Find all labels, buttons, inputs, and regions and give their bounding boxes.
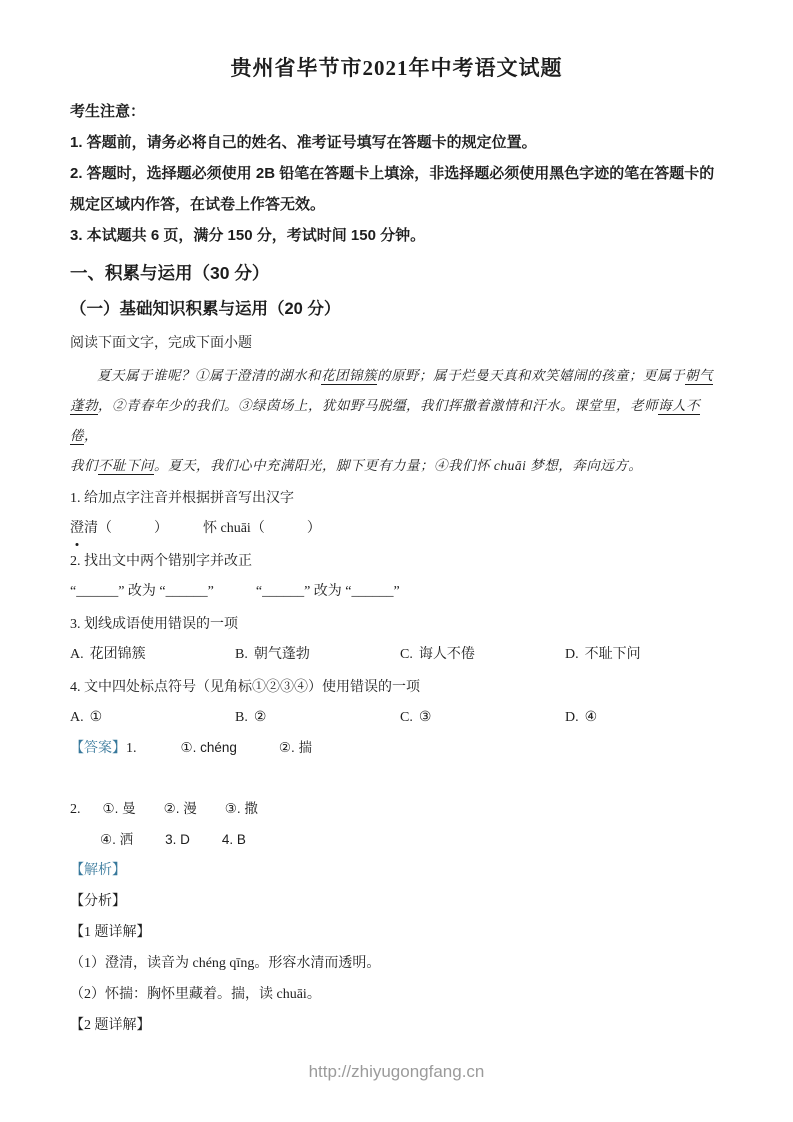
passage-line-2: 蓬勃，②青春年少的我们。③绿茵场上，犹如野马脱缰，我们挥撒着激情和汗水。课堂里，… (70, 391, 723, 451)
watermark-url: http://zhiyugongfang.cn (0, 1062, 793, 1082)
exam-document-page: 贵州省毕节市2021年中考语文试题 考生注意： 1. 答题前，请务必将自己的姓名… (0, 0, 793, 1122)
passage-intro: 阅读下面文字，完成下面小题 (70, 329, 723, 359)
page-title: 贵州省毕节市2021年中考语文试题 (70, 52, 723, 82)
section-1-heading: 一、积累与运用（30 分） (70, 257, 723, 289)
question-3-option-d: D.不耻下问 (565, 640, 723, 670)
answer-2-item-2: ②. 漫 (164, 794, 197, 824)
passage-line-3: 我们不耻下问。夏天，我们心中充满阳光，脚下更有力量；④我们怀 chuāi 梦想，… (70, 451, 723, 481)
reading-passage: 夏天属于谁呢？①属于澄清的湖水和花团锦簇的原野；属于烂曼天真和欢笑嬉闹的孩童；更… (70, 361, 723, 481)
question-1-pinyin-line: 澄清（ ） 怀 chuāi（ ） (70, 514, 723, 544)
answer-2-item-1: ①. 曼 (103, 794, 136, 824)
question-2-correction-blanks: “______” 改为 “______” “______” 改为 “______… (70, 577, 723, 607)
subsection-1-1-heading: （一）基础知识积累与运用（20 分） (70, 293, 723, 325)
detail-heading-2: 【2 题详解】 (70, 1010, 723, 1041)
explanation-line-1: （1）澄清，读音为 chéng qīng。形容水清而透明。 (70, 948, 723, 979)
question-2-stem: 2. 找出文中两个错别字并改正 (70, 547, 723, 577)
question-3-option-a: A.花团锦簇 (70, 640, 235, 670)
blank-spacer (70, 764, 723, 794)
analysis-heading: 【分析】 (70, 886, 723, 917)
answer-2-item-3: ③. 撒 (225, 794, 258, 824)
analysis-section-label: 【解析】 (70, 855, 723, 886)
answer-section-label: 【答案】 (70, 734, 126, 764)
question-3-option-b: B.朝气蓬勃 (235, 640, 400, 670)
answer-3-value: 3. D (165, 825, 190, 855)
answer-1-item-1: ①. chéng (181, 733, 237, 763)
explanation-line-2: （2）怀揣：胸怀里藏着。揣，读 chuāi。 (70, 979, 723, 1010)
answer-1-number: 1. (126, 734, 137, 764)
question-1-stem: 1. 给加点字注音并根据拼音写出汉字 (70, 484, 723, 514)
notice-item-2: 2. 答题时，选择题必须使用 2B 铅笔在答题卡上填涂，非选择题必须使用黑色字迹… (70, 158, 723, 220)
answer-row-1: 【答案】 1. ①. chéng ②. 揣 (70, 733, 723, 764)
answer-2-number: 2. (70, 795, 81, 825)
answer-1-item-2: ②. 揣 (279, 733, 312, 763)
question-4-option-b: B.② (235, 703, 400, 733)
answer-2-item-4: ④. 洒 (100, 825, 133, 855)
passage-line-1: 夏天属于谁呢？①属于澄清的湖水和花团锦簇的原野；属于烂曼天真和欢笑嬉闹的孩童；更… (70, 361, 723, 391)
question-4-option-c: C.③ (400, 703, 565, 733)
answer-row-2: 2. ①. 曼 ②. 漫 ③. 撒 (70, 794, 723, 825)
question-4-option-d: D.④ (565, 703, 723, 733)
question-4-option-a: A.① (70, 703, 235, 733)
notice-heading: 考生注意： (70, 96, 723, 127)
question-4-options: A.① B.② C.③ D.④ (70, 703, 723, 733)
question-3-options: A.花团锦簇 B.朝气蓬勃 C.诲人不倦 D.不耻下问 (70, 640, 723, 670)
question-4-stem: 4. 文中四处标点符号（见角标①②③④）使用错误的一项 (70, 673, 723, 703)
notice-item-1: 1. 答题前，请务必将自己的姓名、准考证号填写在答题卡的规定位置。 (70, 127, 723, 158)
question-3-option-c: C.诲人不倦 (400, 640, 565, 670)
answer-row-3: ④. 洒 3. D 4. B (70, 825, 723, 855)
candidate-notice: 考生注意： 1. 答题前，请务必将自己的姓名、准考证号填写在答题卡的规定位置。 … (70, 96, 723, 251)
answer-4-value: 4. B (222, 825, 246, 855)
question-3-stem: 3. 划线成语使用错误的一项 (70, 610, 723, 640)
notice-item-3: 3. 本试题共 6 页，满分 150 分，考试时间 150 分钟。 (70, 220, 723, 251)
detail-heading-1: 【1 题详解】 (70, 917, 723, 948)
